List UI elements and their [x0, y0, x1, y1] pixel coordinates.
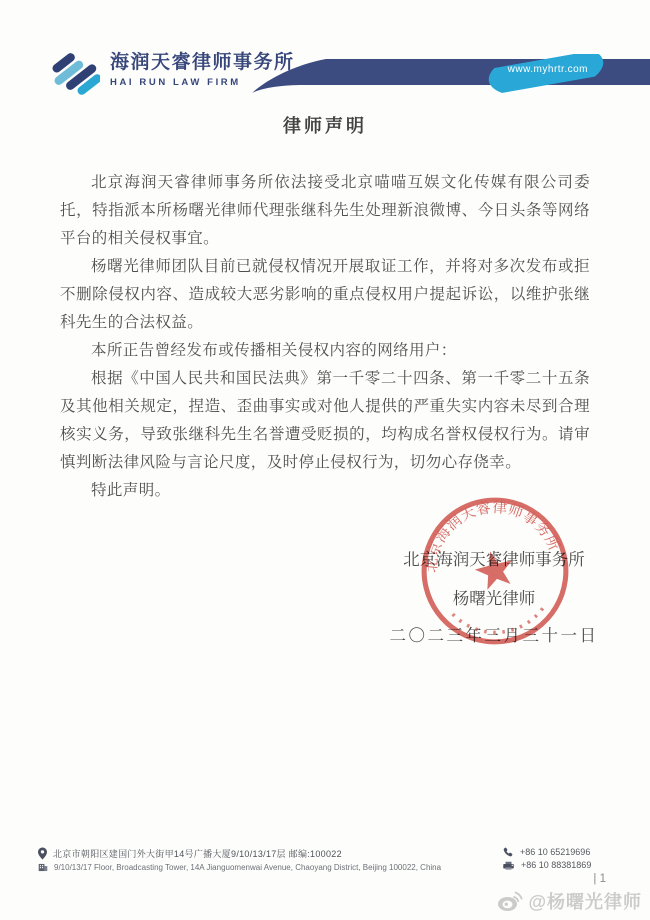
watermark-text: @杨曙光律师: [528, 888, 642, 914]
paragraph-commission: 北京海润天睿律师事务所依法接受北京喵喵互娱文化传媒有限公司委托，特指派本所杨曙光…: [60, 168, 590, 252]
footer: 北京市朝阳区建国门外大街甲14号广播大厦9/10/13/17层 邮编:10002…: [0, 843, 650, 920]
letterhead: 海润天睿律师事务所 HAI RUN LAW FIRM www.myhrtr.co…: [0, 0, 650, 110]
lawyer-statement-page: 海润天睿律师事务所 HAI RUN LAW FIRM www.myhrtr.co…: [0, 0, 650, 920]
phone-icon: [503, 847, 513, 857]
address-cn: 北京市朝阳区建国门外大街甲14号广播大厦9/10/13/17层 邮编:10002…: [53, 847, 342, 860]
fax-icon: [503, 861, 514, 870]
phone-number: +86 10 65219696: [520, 847, 590, 857]
weibo-watermark: @杨曙光律师: [497, 888, 642, 914]
location-pin-icon: [38, 847, 47, 860]
fax-number: +86 10 88381869: [521, 860, 591, 870]
footer-contact: +86 10 65219696 +86 10 88381869: [503, 847, 591, 873]
header-banner: www.myhrtr.com: [246, 54, 650, 94]
building-icon: [38, 863, 48, 872]
seal-star-icon: [471, 547, 517, 592]
paragraph-legal-basis: 根据《中国人民共和国民法典》第一千零二十四条、第一千零二十五条及其他相关规定，捏…: [60, 364, 590, 476]
address-en: 9/10/13/17 Floor, Broadcasting Tower, 14…: [54, 863, 441, 872]
page-number: | 1: [593, 873, 606, 885]
paragraph-warning: 本所正告曾经发布或传播相关侵权内容的网络用户：: [60, 336, 590, 364]
banner-swoosh: [246, 54, 650, 94]
weibo-icon: [497, 890, 523, 912]
statement-body: 律师声明 北京海润天睿律师事务所依法接受北京喵喵互娱文化传媒有限公司委托，特指派…: [0, 112, 650, 504]
website-url: www.myhrtr.com: [508, 64, 588, 75]
firm-logo-icon: [52, 52, 100, 102]
paragraph-evidence: 杨曙光律师团队目前已就侵权情况开展取证工作，并将对多次发布或拒不删除侵权内容、造…: [60, 252, 590, 336]
document-title: 律师声明: [60, 112, 590, 138]
footer-address: 北京市朝阳区建国门外大街甲14号广播大厦9/10/13/17层 邮编:10002…: [38, 847, 441, 875]
